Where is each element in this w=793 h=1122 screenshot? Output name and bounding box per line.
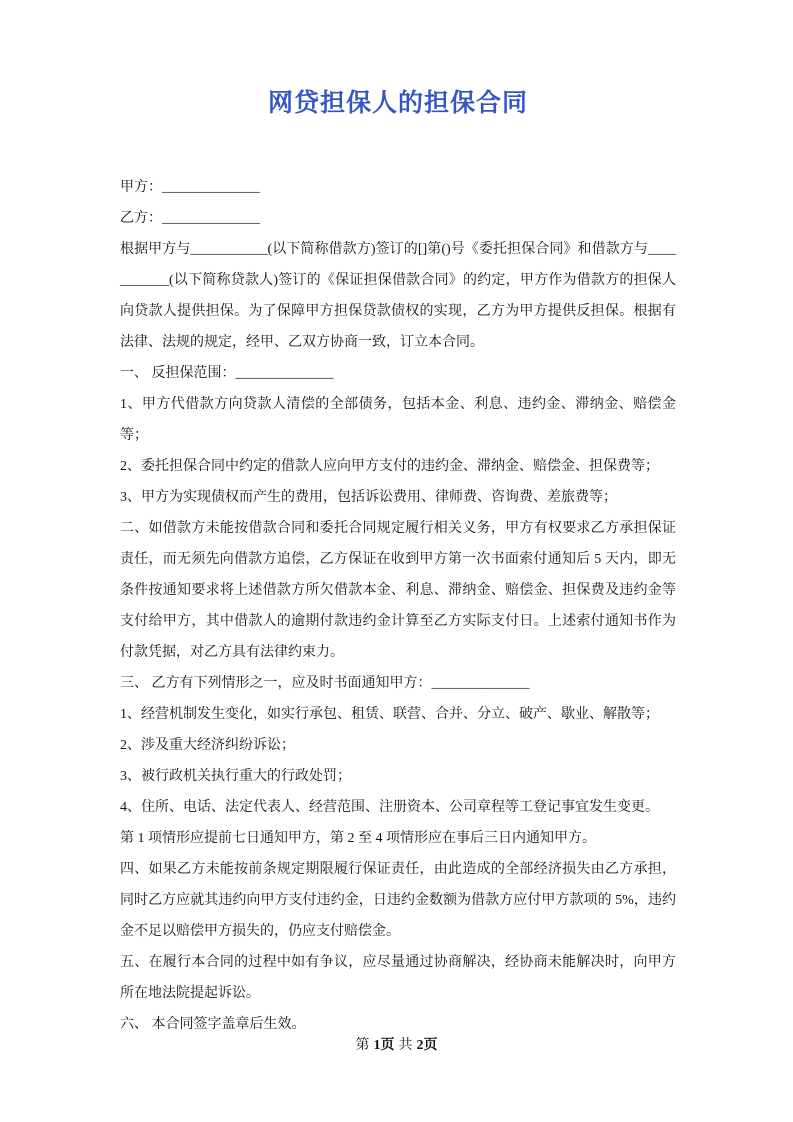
contract-body: 甲方：______________ 乙方：______________ 根据甲方…: [120, 172, 676, 1040]
footer-current-page: 1页: [374, 1038, 395, 1053]
section-3-item-1: 1、经营机制发生变化，如实行承包、租赁、联营、合并、分立、破产、歇业、解散等；: [120, 699, 676, 730]
document-content: 网贷担保人的担保合同 甲方：______________ 乙方：________…: [120, 88, 676, 1040]
section-5-paragraph: 五、在履行本合同的过程中如有争议，应尽量通过协商解决，经协商未能解决时，向甲方所…: [120, 947, 676, 1009]
section-3-item-3: 3、被行政机关执行重大的行政处罚；: [120, 761, 676, 792]
document-title: 网贷担保人的担保合同: [120, 88, 676, 120]
footer-conjunction-label: 共: [399, 1038, 413, 1053]
section-4-paragraph: 四、如果乙方未能按前条规定期限履行保证责任，由此造成的全部经济损失由乙方承担，同…: [120, 854, 676, 947]
intro-paragraph: 根据甲方与___________(以下简称借款方)签订的[]第()号《委托担保合…: [120, 234, 676, 358]
section-1-heading: 一、 反担保范围：______________: [120, 358, 676, 389]
section-2-paragraph: 二、如借款方未能按借款合同和委托合同规定履行相关义务，甲方有权要求乙方承担保证责…: [120, 513, 676, 668]
footer-prefix-label: 第: [356, 1038, 370, 1053]
section-3-item-4: 4、住所、电话、法定代表人、经营范围、注册资本、公司章程等工登记事宜发生变更。: [120, 792, 676, 823]
section-1-item-1: 1、甲方代借款方向贷款人清偿的全部债务，包括本金、利息、违约金、滞纳金、赔偿金等…: [120, 389, 676, 451]
section-1-item-3: 3、甲方为实现债权而产生的费用，包括诉讼费用、律师费、咨询费、差旅费等；: [120, 482, 676, 513]
section-1-item-2: 2、委托担保合同中约定的借款人应向甲方支付的违约金、滞纳金、赔偿金、担保费等；: [120, 451, 676, 482]
party-b-line: 乙方：______________: [120, 203, 676, 234]
section-3-heading: 三、 乙方有下列情形之一，应及时书面通知甲方：______________: [120, 668, 676, 699]
footer-total-pages: 2页: [417, 1038, 438, 1053]
section-3-item-2: 2、涉及重大经济纠纷诉讼；: [120, 730, 676, 761]
document-page: 网贷担保人的担保合同 甲方：______________ 乙方：________…: [0, 0, 793, 1122]
page-footer: 第1页共2页: [0, 1035, 793, 1057]
section-3-notice-period: 第 1 项情形应提前七日通知甲方，第 2 至 4 项情形应在事后三日内通知甲方。: [120, 823, 676, 854]
party-a-line: 甲方：______________: [120, 172, 676, 203]
